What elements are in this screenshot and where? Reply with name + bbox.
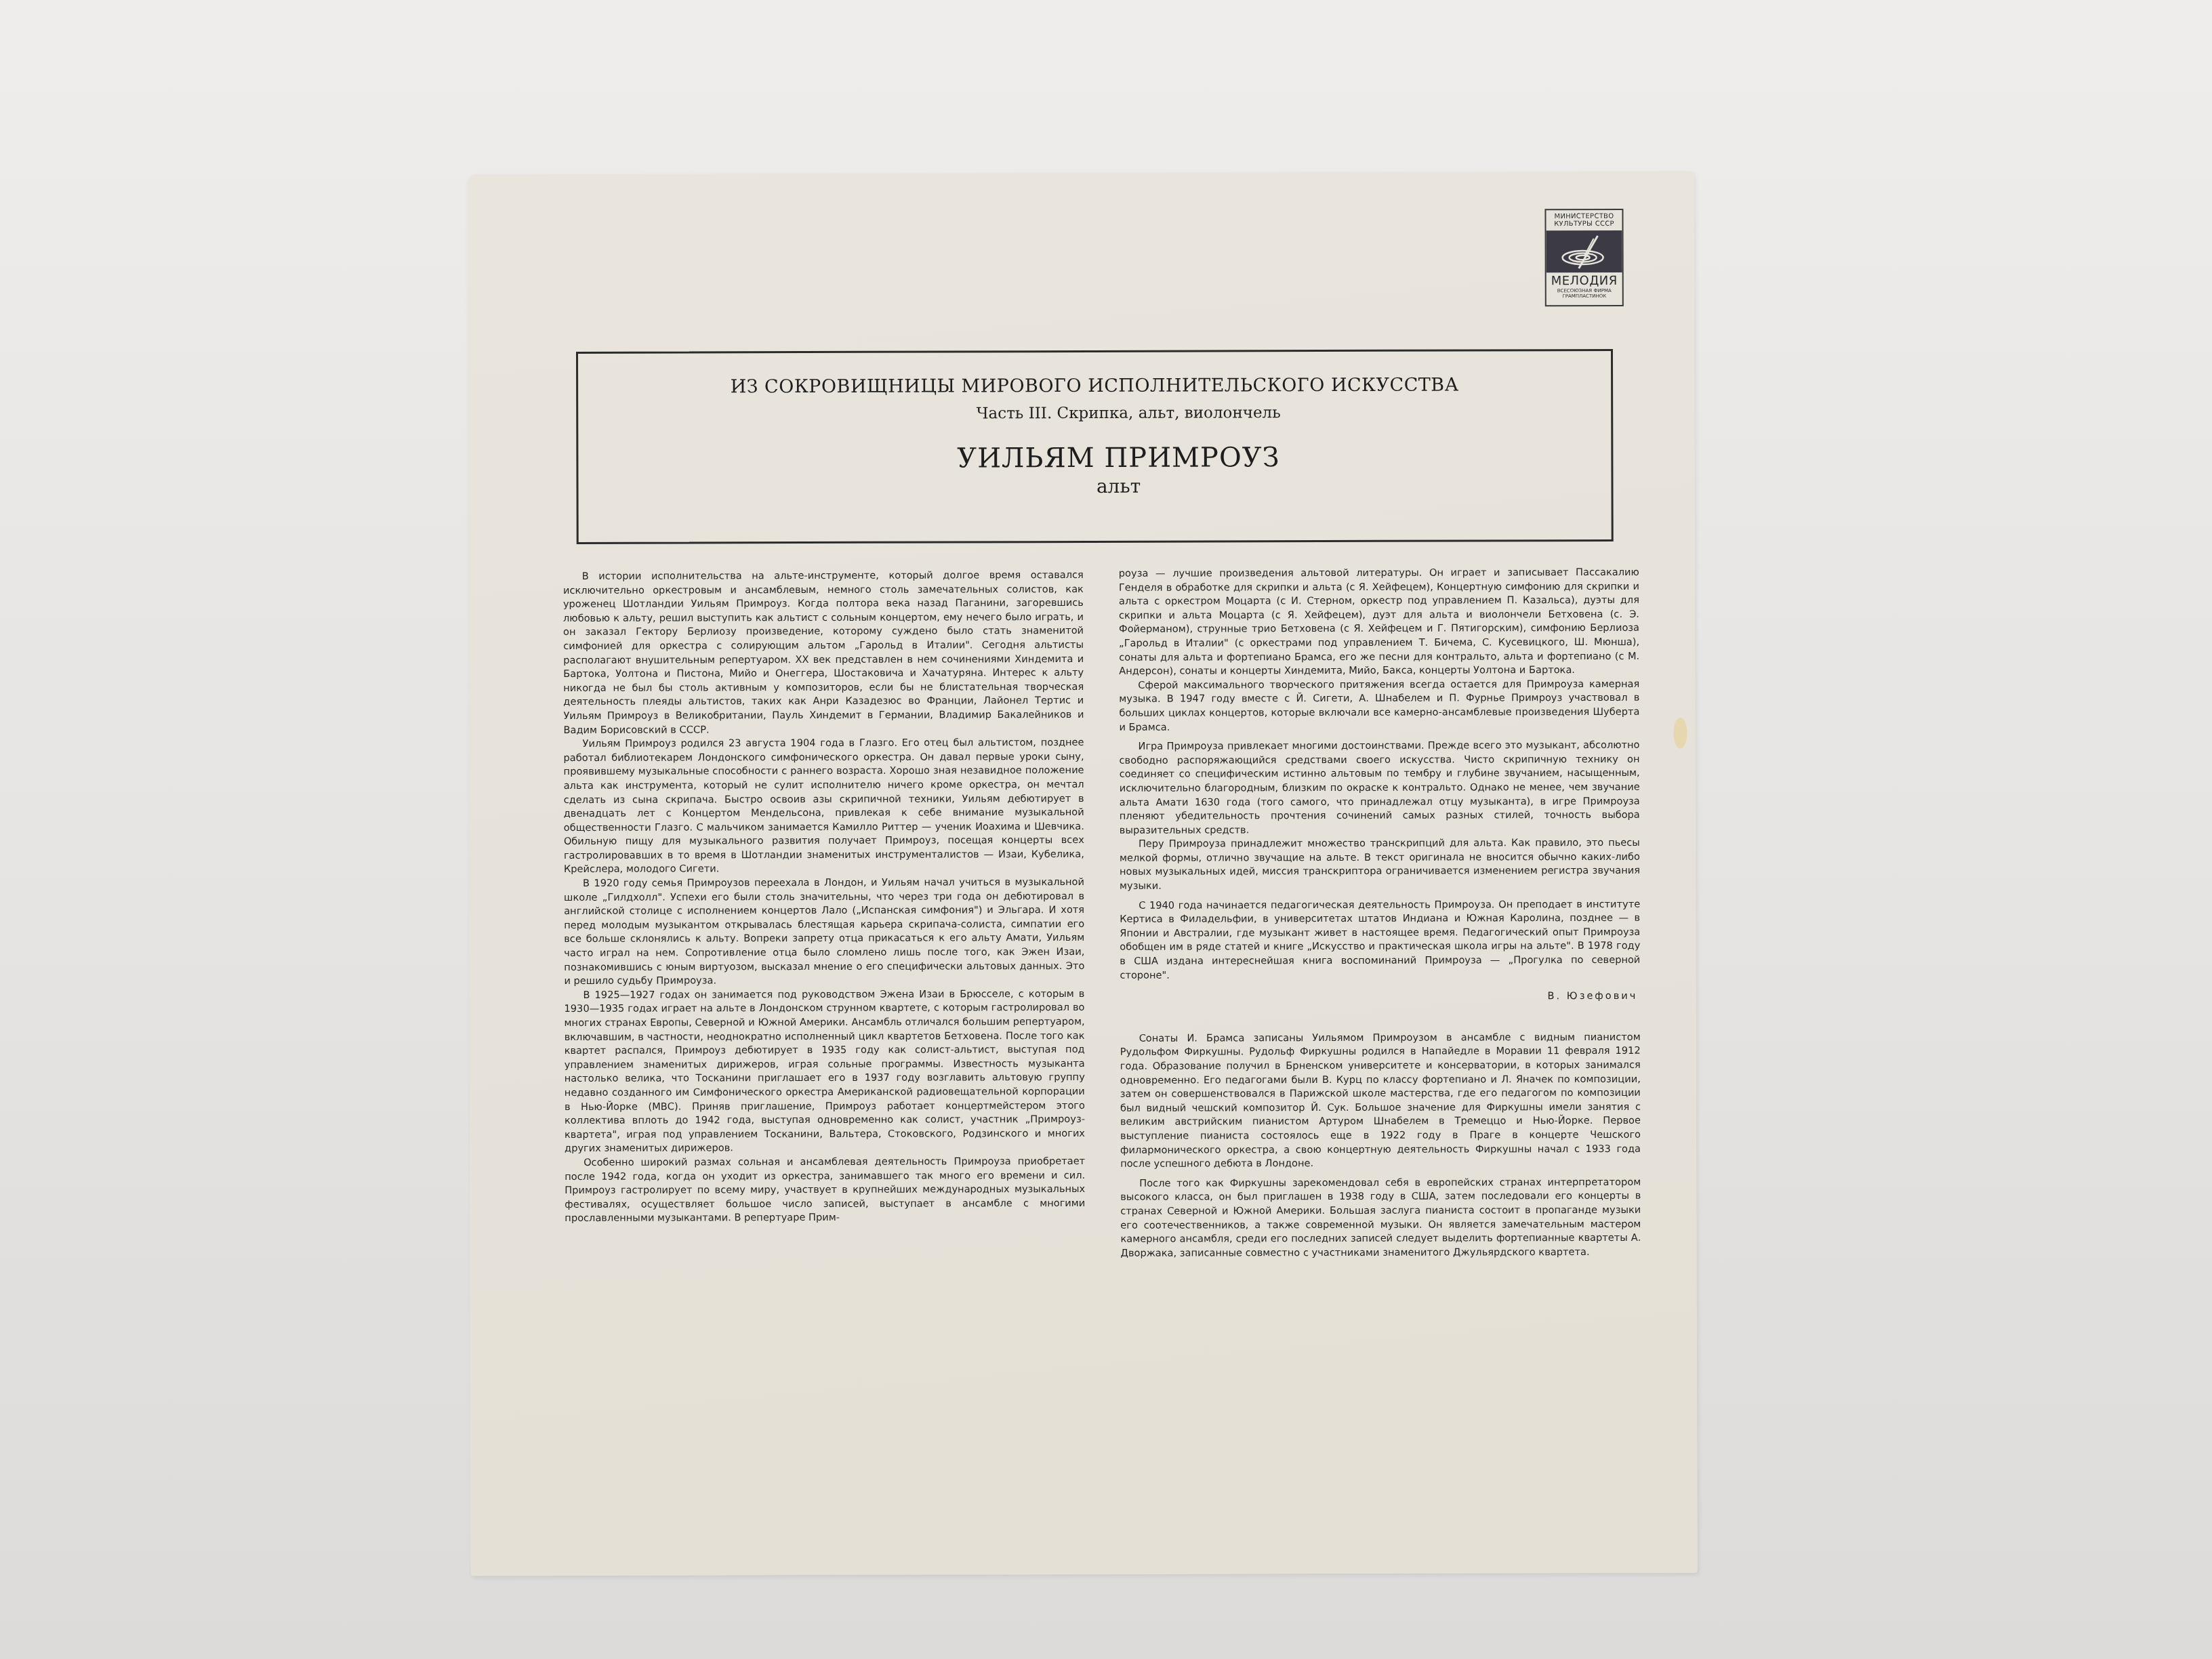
paragraph: С 1940 года начинается педагогическая де… (1120, 898, 1640, 983)
series-title: ИЗ СОКРОВИЩНИЦЫ МИРОВОГО ИСПОЛНИТЕЛЬСКОГ… (578, 374, 1611, 398)
paper-stain (1673, 718, 1687, 749)
logo-ministry-text: МИНИСТЕРСТВО КУЛЬТУРЫ СССР (1546, 210, 1622, 228)
paragraph: В 1920 году семья Примроузов переехала в… (564, 876, 1084, 989)
left-column-text: В истории исполнительства на альте-инстр… (563, 569, 1086, 1226)
logo-brand: МЕЛОДИЯ (1551, 274, 1618, 288)
note-paragraph: После того как Фиркушны зарекомендовал с… (1120, 1176, 1641, 1261)
paragraph: роуза — лучшие произведения альтовой лит… (1119, 566, 1639, 679)
artist-name: УИЛЬЯМ ПРИМРОУЗ (578, 441, 1611, 475)
record-stylus-icon (1560, 233, 1609, 271)
author-signature: В. Юзефович (1120, 989, 1637, 1005)
melodiya-logo: МИНИСТЕРСТВО КУЛЬТУРЫ СССР МЕЛОДИЯ ВСЕСО… (1544, 209, 1623, 306)
record-insert-sheet: МИНИСТЕРСТВО КУЛЬТУРЫ СССР МЕЛОДИЯ ВСЕСО… (467, 171, 1697, 1576)
right-column-text: роуза — лучшие произведения альтовой лит… (1119, 566, 1641, 1261)
title-box: ИЗ СОКРОВИЩНИЦЫ МИРОВОГО ИСПОЛНИТЕЛЬСКОГ… (576, 349, 1614, 544)
paragraph: Перу Примроуза принадлежит множество тра… (1120, 836, 1640, 893)
paragraph: Особенно широкий размах сольная и ансамб… (565, 1155, 1085, 1226)
instrument-label: альт (578, 474, 1611, 499)
part-title: Часть III. Скрипка, альт, виолончель (578, 403, 1611, 424)
note-paragraph: Сонаты И. Брамса записаны Уильямом Примр… (1120, 1031, 1641, 1172)
paragraph: В 1925—1927 годах он занимается под руко… (564, 987, 1085, 1156)
paragraph: Игра Примроуза привлекает многими достои… (1119, 739, 1639, 838)
logo-subtitle: ВСЕСОЮЗНАЯ ФИРМА ГРАМПЛАСТИНОК (1547, 288, 1622, 299)
paragraph: В истории исполнительства на альте-инстр… (563, 569, 1084, 737)
logo-emblem (1547, 230, 1622, 272)
paragraph: Сферой максимального творческого притяже… (1119, 678, 1639, 735)
paragraph: Уильям Примроуз родился 23 августа 1904 … (563, 736, 1084, 877)
